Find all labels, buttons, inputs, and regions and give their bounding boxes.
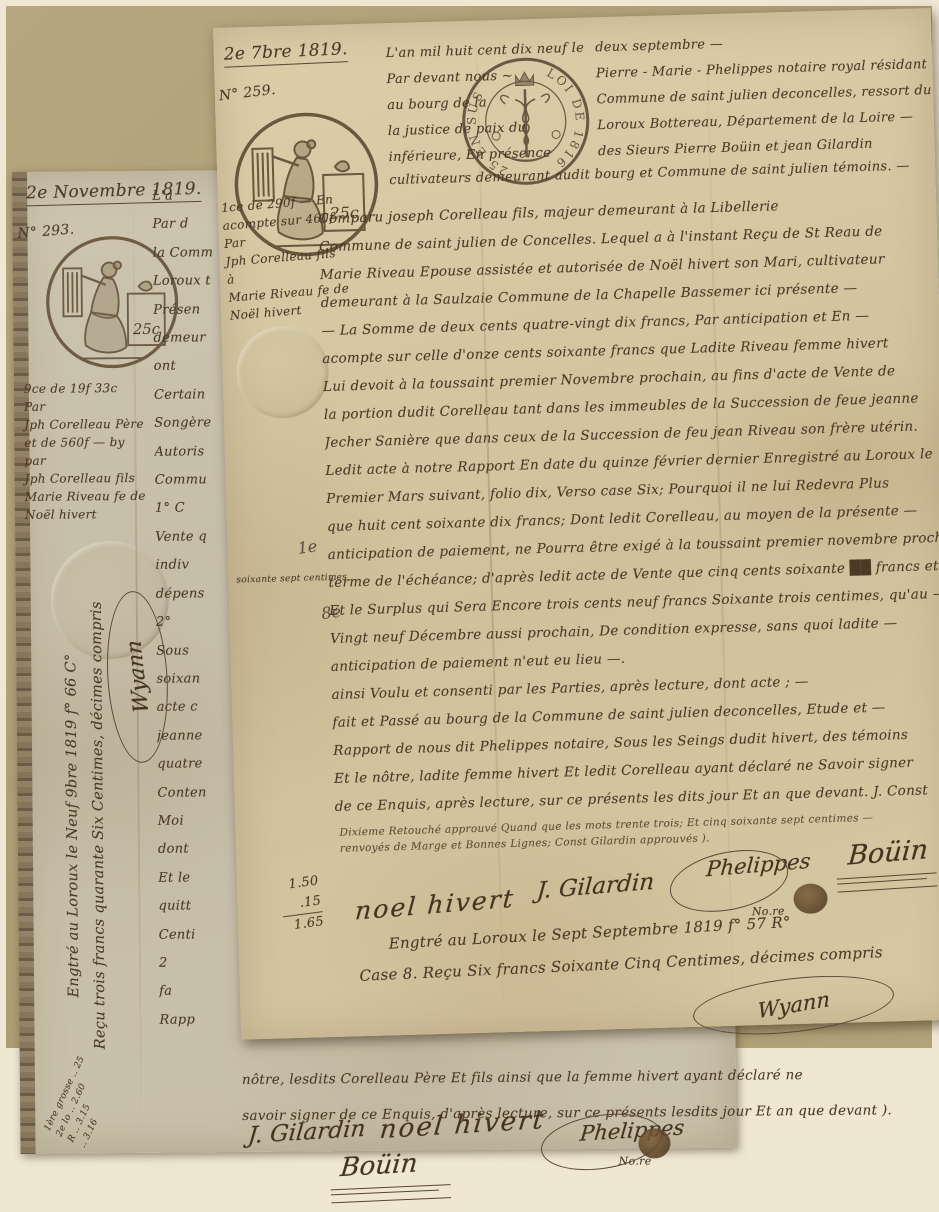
bouin-flourish <box>331 1184 451 1203</box>
margin-note-line: Jph Corelleau Père <box>24 415 145 434</box>
text-fragment: Par d <box>152 211 224 240</box>
text-fragment: Présen <box>153 296 225 325</box>
margin-note-line: 9ce de 19f 33c <box>24 379 145 398</box>
text-fragment: demeur <box>153 324 225 353</box>
text-fragment: ont <box>154 353 226 382</box>
text-fragment: Vente q <box>155 523 227 552</box>
photo-of-documents: 2e Novembre 1819. N° 293. 25c <box>0 0 939 1212</box>
text-fragment: indiv <box>155 551 227 580</box>
ink-knot <box>638 1128 670 1158</box>
doc-left-registrar-signature: Wyann <box>107 591 168 764</box>
opening-right: Loroux Bottereau, Département de la Loir… <box>597 109 913 133</box>
text-fragment: la Comm <box>153 239 225 268</box>
text-fragment: Moi <box>158 807 230 836</box>
margin-note-line: Noël hivert <box>25 505 146 524</box>
text-fragment: Centi <box>159 921 231 950</box>
closing-line: nôtre, lesdits Corelleau Père Et fils ai… <box>242 1056 892 1098</box>
document-top-1819-september: 2e 7bre 1819. N° 259. 25c <box>213 8 939 1040</box>
text-fragment: dont <box>158 835 230 864</box>
text-fragment: Conten <box>157 779 229 808</box>
opening-right: Commune de saint julien deconcelles, res… <box>596 83 932 107</box>
opening-block: L'an mil huit cent dix neuf le deux sept… <box>385 26 933 171</box>
margin-paraph-1: 1e <box>296 536 318 557</box>
doc-left-vertical-registration: Engtré au Loroux le Neuf 9bre 1819 f° 66… <box>57 565 114 1085</box>
text-fragment: Et le <box>158 864 230 893</box>
doc-top-date: 2e 7bre 1819. <box>223 39 348 68</box>
embossed-seal <box>235 325 330 420</box>
signature-bouin: Boüin <box>847 834 929 871</box>
text-fragment: quitt <box>158 892 230 921</box>
fee-total: 1.65 <box>283 911 325 937</box>
text-fragment: Loroux t <box>153 267 225 296</box>
registrar-signature-text: Wyann <box>757 987 829 1023</box>
opening-right: Pierre - Marie - Phelippes notaire royal… <box>596 57 928 81</box>
text-fragment: 2 <box>159 949 231 978</box>
margin-note-line: Jph Corelleau fils <box>25 469 146 488</box>
margin-note-line: et de 560f — by <box>24 433 145 452</box>
opening-right: deux septembre — <box>595 37 723 56</box>
text-fragment: Songère <box>154 409 226 438</box>
text-fragment: fa <box>159 977 231 1006</box>
signature-hivert: noel hivert <box>354 884 516 926</box>
signature-gilardin: J. Gilardin <box>536 869 655 904</box>
margin-note-line: par <box>24 451 145 470</box>
registrar-signature-text: Wyann <box>121 640 153 714</box>
doc-top-number: N° 259. <box>218 82 276 104</box>
margin-note-line: Marie Riveau fe de <box>25 487 146 506</box>
doc-left-margin-note: 9ce de 19f 33cParJph Corelleau Pèreet de… <box>24 379 146 524</box>
deed-body-text: Comparu joseph Corelleau fils, majeur de… <box>318 188 939 821</box>
text-fragment: L'a <box>152 182 224 211</box>
text-fragment: Rapp <box>159 1006 231 1035</box>
text-fragment: Commu <box>155 466 227 495</box>
margin-note-line: Par <box>24 397 145 416</box>
ink-knot <box>793 883 828 914</box>
bouin-flourish <box>837 872 938 892</box>
opening-right: des Sieurs Pierre Boüin et jean Gilardin <box>598 137 873 160</box>
text-fragment: Autoris <box>154 438 226 467</box>
text-fragment: 1° C <box>155 495 227 524</box>
text-fragment: Certain <box>154 381 226 410</box>
signature-bouin: Boüin <box>339 1149 419 1184</box>
fee-column: 1.50 .15 1.65 <box>278 871 326 937</box>
